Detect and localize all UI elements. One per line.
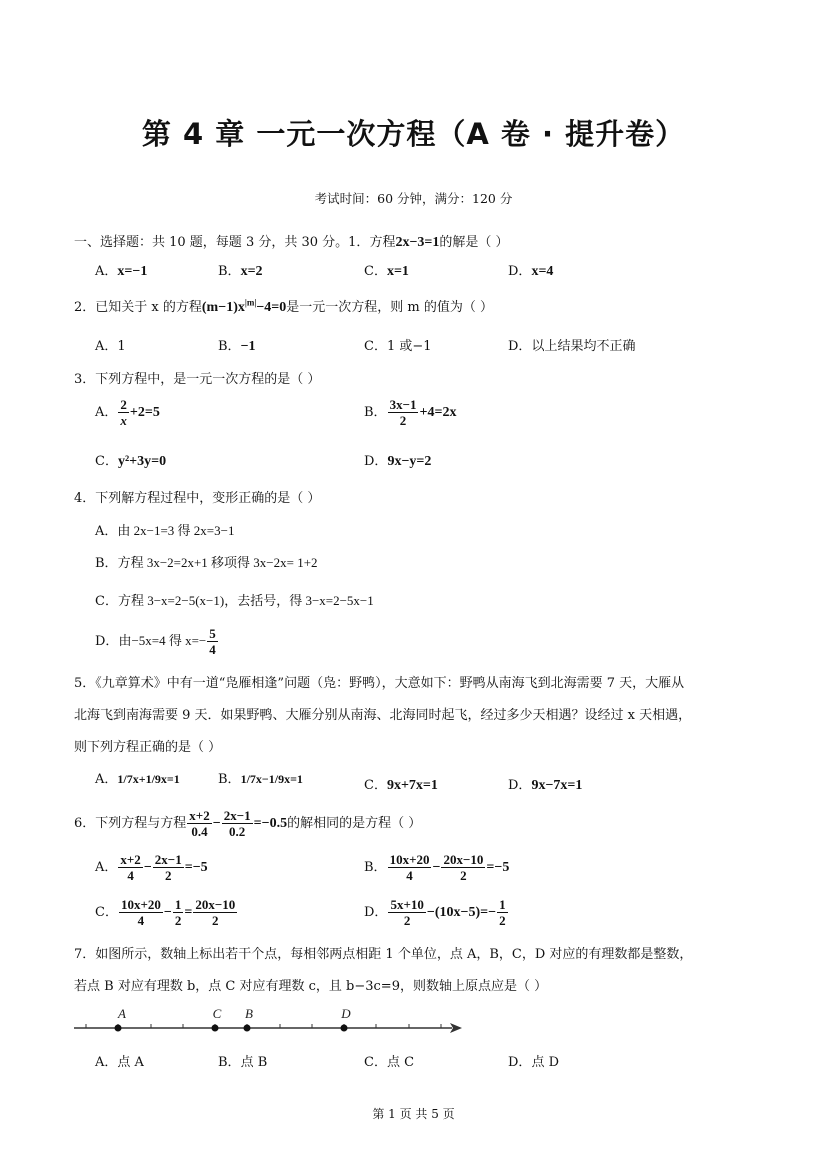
denominator: 4 (388, 868, 432, 883)
option-label: B． (218, 264, 241, 279)
option-c[interactable]: C．方程 3−x=2−5(x−1)，去括号，得 3−x=2−5x−1 (95, 590, 374, 609)
question-number: 6． (74, 816, 95, 831)
option-c[interactable]: C．1 或−1 (364, 335, 432, 354)
fraction: 2x (118, 397, 129, 428)
question-number: 5． (74, 676, 95, 691)
fraction: 20x−102 (441, 852, 485, 883)
fraction: x+24 (118, 852, 142, 883)
numerator: 1 (497, 897, 508, 913)
question-5-line-2: 北海飞到南海需要 9 天．如果野鸭、大雁分别从南海、北海同时起飞，经过多少天相遇… (74, 704, 691, 723)
numerator: 2 (118, 397, 129, 413)
fraction: 2x−12 (153, 852, 184, 883)
denominator: 4 (119, 913, 163, 928)
question-3: 3．下列方程中，是一元一次方程的是（ ） (74, 368, 320, 387)
fraction: 3x−12 (388, 397, 419, 428)
fraction: x+20.4 (187, 808, 211, 839)
option-a[interactable]: A．x=−1 (95, 260, 147, 280)
option-label: B． (218, 339, 241, 354)
section-header: 一、选择题：共 10 题，每题 3 分，共 30 分。 (74, 235, 348, 250)
option-c[interactable]: C．点 C (364, 1051, 414, 1070)
option-label: D． (508, 1055, 531, 1070)
option-d[interactable]: D．9x−7x=1 (508, 774, 582, 794)
option-text: −(10x−5)=− (427, 905, 496, 920)
number-line-figure: A C B D (74, 1004, 464, 1044)
question-stem-line: 如图所示，数轴上标出若干个点，每相邻两点相距 1 个单位，点 A，B，C，D 对… (95, 947, 692, 962)
page-title: 第 4 章 一元一次方程（A 卷 · 提升卷） (0, 112, 827, 153)
option-label: D． (508, 339, 531, 354)
numerator: 5 (207, 626, 218, 642)
exam-info: 考试时间：60 分钟，满分：120 分 (0, 189, 827, 207)
option-label: D． (95, 634, 118, 649)
denominator: x (118, 413, 129, 428)
question-stem-suffix: 的解是（ ） (439, 235, 508, 250)
question-7-line-2: 若点 B 对应有理数 b，点 C 对应有理数 c，且 b−3c=9，则数轴上原点… (74, 975, 547, 994)
option-label: C． (95, 594, 118, 609)
option-text: 1 或−1 (387, 339, 432, 354)
option-label: A． (95, 405, 117, 420)
denominator: 4 (207, 642, 218, 657)
option-text: −1 (241, 339, 256, 354)
option-label: D． (364, 454, 387, 469)
option-d[interactable]: D．x=4 (508, 260, 553, 280)
question-number: 3． (74, 372, 95, 387)
option-c[interactable]: C．10x+204−12=20x−102 (95, 897, 238, 928)
option-b[interactable]: B．方程 3x−2=2x+1 移项得 3x−2x= 1+2 (95, 552, 318, 571)
numerator: 10x+20 (388, 852, 432, 868)
question-stem-suffix: 的解相同的是方程（ ） (287, 816, 421, 831)
question-6: 6．下列方程与方程x+20.4−2x−10.2=−0.5的解相同的是方程（ ） (74, 808, 421, 839)
option-text: 点 A (117, 1055, 144, 1070)
denominator: 2 (441, 868, 485, 883)
option-b[interactable]: B．−1 (218, 335, 256, 355)
fraction: 12 (173, 897, 184, 928)
option-label: A． (95, 1055, 117, 1070)
option-text: x=1 (387, 264, 409, 279)
option-d[interactable]: D．由−5x=4 得 x=−54 (95, 626, 219, 657)
option-b[interactable]: B．x=2 (218, 260, 263, 280)
option-label: A． (95, 860, 117, 875)
option-label: B． (218, 1055, 241, 1070)
option-label: C． (95, 905, 118, 920)
option-text: 1/7x+1/9x=1 (117, 772, 179, 786)
fraction: 10x+204 (388, 852, 432, 883)
option-d[interactable]: D．5x+102−(10x−5)=−12 (364, 897, 509, 928)
question-1: 一、选择题：共 10 题，每题 3 分，共 30 分。1．方程2x−3=1的解是… (74, 231, 509, 251)
question-5: 5．《九章算术》中有一道“凫雁相逢”问题（凫：野鸭），大意如下：野鸭从南海飞到北… (74, 672, 684, 691)
question-stem: 下列方程与方程 (95, 816, 186, 831)
option-c[interactable]: C．y²+3y=0 (95, 450, 166, 470)
fraction: 12 (497, 897, 508, 928)
option-label: C． (364, 1055, 387, 1070)
option-text: y²+3y=0 (118, 454, 166, 469)
option-text: 点 B (241, 1055, 268, 1070)
page-footer: 第 1 页 共 5 页 (0, 1105, 827, 1122)
question-2: 2．已知关于 x 的方程(m−1)x|m|−4=0是一元一次方程，则 m 的值为… (74, 296, 493, 316)
numerator: x+2 (118, 852, 142, 868)
option-label: C． (95, 454, 118, 469)
option-label: A． (95, 524, 117, 539)
option-text: = (184, 905, 192, 920)
numerator: x+2 (187, 808, 211, 824)
option-a[interactable]: A．x+24−2x−12=−5 (95, 852, 208, 883)
denominator: 0.4 (187, 824, 211, 839)
option-text: =−5 (185, 860, 208, 875)
question-stem-suffix: 是一元一次方程，则 m 的值为（ ） (286, 300, 493, 315)
option-text: 9x−7x=1 (531, 778, 582, 793)
option-text: 以上结果均不正确 (531, 339, 635, 354)
point-c-label: C (213, 1006, 222, 1021)
denominator: 2 (388, 413, 419, 428)
option-text: 点 C (387, 1055, 414, 1070)
question-number: 4． (74, 491, 95, 506)
numerator: 10x+20 (119, 897, 163, 913)
equation-tail: =−0.5 (254, 816, 287, 831)
numerator: 2x−1 (153, 852, 184, 868)
fraction: 5x+102 (388, 897, 425, 928)
option-text: =−5 (486, 860, 509, 875)
option-label: A． (95, 264, 117, 279)
denominator: 2 (173, 913, 184, 928)
numerator: 1 (173, 897, 184, 913)
question-stem-line: 《九章算术》中有一道“凫雁相逢”问题（凫：野鸭），大意如下：野鸭从南海飞到北海需… (95, 676, 684, 691)
question-5-line-3: 则下列方程正确的是（ ） (74, 736, 221, 755)
denominator: 2 (497, 913, 508, 928)
option-text: x=−1 (117, 264, 147, 279)
option-text: 由−5x=4 得 x=− (118, 633, 206, 648)
equation: (m−1)x (202, 300, 245, 315)
fraction: 20x−102 (193, 897, 237, 928)
option-b[interactable]: B．点 B (218, 1051, 267, 1070)
option-text: x=4 (531, 264, 553, 279)
option-d[interactable]: D．以上结果均不正确 (508, 335, 635, 354)
option-text: 9x+7x=1 (387, 778, 438, 793)
question-stem: 下列解方程过程中，变形正确的是（ ） (95, 491, 320, 506)
fraction: 54 (207, 626, 218, 657)
option-d[interactable]: D．点 D (508, 1051, 559, 1070)
question-number: 1． (348, 235, 369, 250)
option-label: C． (364, 339, 387, 354)
option-b[interactable]: B．10x+204−20x−102=−5 (364, 852, 509, 883)
option-text: 方程 3−x=2−5(x−1)，去括号，得 3−x=2−5x−1 (118, 593, 374, 608)
option-label: D． (508, 778, 531, 793)
option-label: B． (364, 405, 387, 420)
point-b-label: B (245, 1006, 253, 1021)
denominator: 2 (193, 913, 237, 928)
option-c[interactable]: C．9x+7x=1 (364, 774, 438, 794)
fraction: 10x+204 (119, 897, 163, 928)
question-stem: 方程 (369, 235, 395, 250)
option-text: x=2 (241, 264, 263, 279)
point-d-label: D (340, 1006, 351, 1021)
numerator: 3x−1 (388, 397, 419, 413)
question-stem: 下列方程中，是一元一次方程的是（ ） (95, 372, 320, 387)
option-a[interactable]: A．由 2x−1=3 得 2x=3−1 (95, 520, 234, 539)
option-text: +4=2x (419, 405, 456, 420)
denominator: 0.2 (222, 824, 253, 839)
option-label: B． (218, 772, 241, 787)
exponent: |m| (245, 298, 256, 308)
point-a-label: A (117, 1006, 126, 1021)
option-a[interactable]: A．1 (95, 335, 126, 354)
option-a[interactable]: A．1/7x+1/9x=1 (95, 768, 180, 787)
option-b[interactable]: B．3x−12+4=2x (364, 397, 456, 428)
equation-tail: −4=0 (256, 300, 286, 315)
option-text: 由 2x−1=3 得 2x=3−1 (117, 523, 234, 538)
option-text: 9x−y=2 (387, 454, 431, 469)
option-label: C． (364, 778, 387, 793)
option-a[interactable]: A．点 A (95, 1051, 144, 1070)
numerator: 20x−10 (441, 852, 485, 868)
question-stem: 已知关于 x 的方程 (95, 300, 202, 315)
option-label: D． (508, 264, 531, 279)
denominator: 2 (153, 868, 184, 883)
question-number: 2． (74, 300, 95, 315)
denominator: 4 (118, 868, 142, 883)
option-label: C． (364, 264, 387, 279)
option-b[interactable]: B．1/7x−1/9x=1 (218, 768, 303, 787)
numerator: 2x−1 (222, 808, 253, 824)
numerator: 20x−10 (193, 897, 237, 913)
option-text: 1/7x−1/9x=1 (241, 772, 303, 786)
question-7: 7．如图所示，数轴上标出若干个点，每相邻两点相距 1 个单位，点 A，B，C，D… (74, 943, 692, 962)
question-number: 7． (74, 947, 95, 962)
numerator: 5x+10 (388, 897, 425, 913)
fraction: 2x−10.2 (222, 808, 253, 839)
option-label: B． (95, 556, 118, 571)
question-4: 4．下列解方程过程中，变形正确的是（ ） (74, 487, 320, 506)
option-text: 1 (117, 339, 125, 354)
option-text: 方程 3x−2=2x+1 移项得 3x−2x= 1+2 (118, 555, 318, 570)
denominator: 2 (388, 913, 425, 928)
equation: 2x−3=1 (395, 235, 439, 250)
option-text: +2=5 (130, 405, 160, 420)
option-label: D． (364, 905, 387, 920)
option-label: A． (95, 772, 117, 787)
option-d[interactable]: D．9x−y=2 (364, 450, 431, 470)
option-c[interactable]: C．x=1 (364, 260, 409, 280)
option-text: 点 D (531, 1055, 559, 1070)
option-label: B． (364, 860, 387, 875)
option-label: A． (95, 339, 117, 354)
option-a[interactable]: A．2x+2=5 (95, 397, 160, 428)
